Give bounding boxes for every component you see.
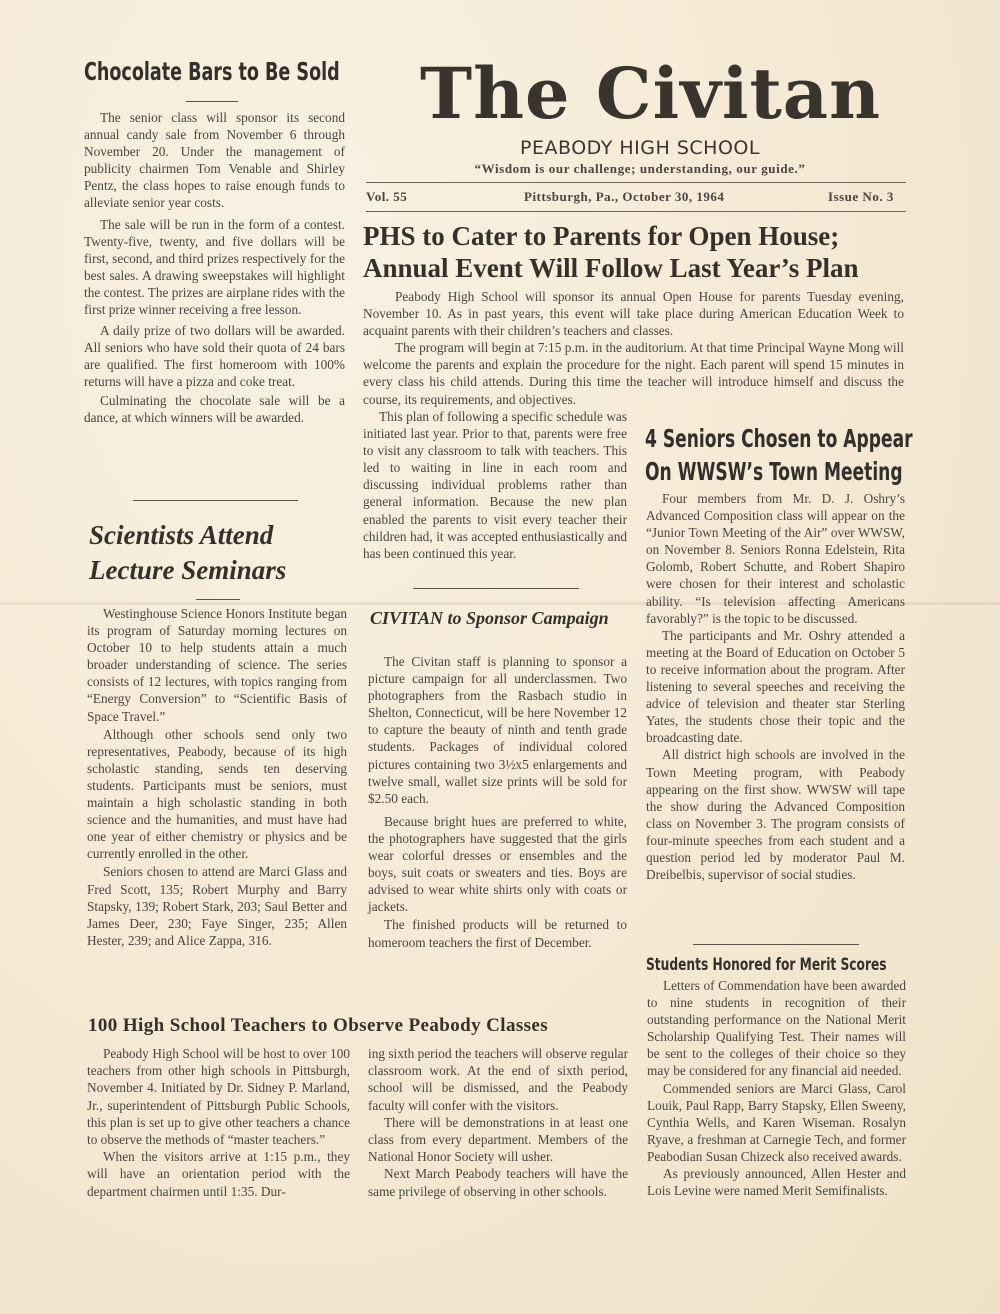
paragraph: A daily prize of two dollars will be awa… (84, 322, 345, 390)
paragraph: Peabody High School will be host to over… (87, 1045, 350, 1148)
paragraph: Westinghouse Science Honors Institute be… (87, 605, 347, 725)
headline-town-meeting: 4 Seniors Chosen to Appear On WWSW’s Tow… (645, 422, 913, 488)
article-civitan-campaign: The Civitan staff is planning to sponsor… (368, 653, 627, 951)
paragraph: Peabody High School will sponsor its ann… (363, 288, 904, 339)
paragraph: There will be demonstrations in at least… (368, 1114, 628, 1166)
paragraph: The Civitan staff is planning to sponsor… (368, 653, 627, 807)
divider (693, 944, 859, 945)
headline-civitan-campaign: CIVITAN to Sponsor Campaign (370, 608, 609, 629)
article-open-house-column: This plan of following a specific schedu… (363, 408, 627, 562)
article-teachers-col2: ing sixth period the teachers will obser… (368, 1045, 628, 1200)
headline-open-house: PHS to Cater to Parents for Open House; … (363, 220, 859, 284)
paragraph: Next March Peabody teachers will have th… (368, 1165, 628, 1199)
paragraph: The participants and Mr. Oshry attended … (646, 627, 905, 747)
paragraph: The finished products will be returned t… (368, 916, 627, 950)
article-merit: Letters of Commendation have been awarde… (647, 977, 906, 1199)
paragraph: Commended seniors are Marci Glass, Carol… (647, 1080, 906, 1165)
school-name: PEABODY HIGH SCHOOL (440, 137, 840, 159)
headline-chocolate: Chocolate Bars to Be Sold (84, 57, 340, 86)
paragraph: Letters of Commendation have been awarde… (647, 977, 906, 1080)
paragraph: The sale will be run in the form of a co… (84, 216, 345, 319)
paragraph: Seniors chosen to attend are Marci Glass… (87, 863, 347, 948)
paragraph: The senior class will sponsor its second… (84, 109, 345, 212)
article-teachers-col1: Peabody High School will be host to over… (87, 1045, 350, 1200)
divider (413, 588, 579, 589)
headline-merit: Students Honored for Merit Scores (646, 955, 887, 975)
paragraph: Culminating the chocolate sale will be a… (84, 392, 345, 426)
divider (196, 599, 240, 600)
issue-number: Issue No. 3 (828, 189, 894, 205)
article-scientists: Westinghouse Science Honors Institute be… (87, 605, 347, 949)
paragraph: ing sixth period the teachers will obser… (368, 1045, 628, 1114)
paragraph: The program will begin at 7:15 p.m. in t… (363, 339, 904, 407)
motto: “Wisdom is our challenge; understanding,… (410, 161, 870, 177)
dateline: Pittsburgh, Pa., October 30, 1964 (524, 189, 724, 205)
article-chocolate: The senior class will sponsor its second… (84, 109, 345, 426)
paragraph: This plan of following a specific schedu… (363, 408, 627, 562)
paragraph: Although other schools send only two rep… (87, 726, 347, 863)
nameplate: The Civitan (420, 52, 860, 135)
masthead-rule-bottom (366, 211, 906, 212)
headline-teachers: 100 High School Teachers to Observe Peab… (88, 1015, 548, 1037)
article-open-house-lead: Peabody High School will sponsor its ann… (363, 288, 904, 408)
paragraph: As previously announced, Allen Hester an… (647, 1165, 906, 1199)
masthead-rule-top (366, 182, 906, 183)
divider (186, 101, 238, 102)
divider (133, 500, 298, 501)
paragraph: All district high schools are involved i… (646, 746, 905, 883)
paragraph: Four members from Mr. D. J. Oshry’s Adva… (646, 490, 905, 627)
headline-scientists: Scientists Attend Lecture Seminars (89, 518, 286, 588)
paragraph: When the visitors arrive at 1:15 p.m., t… (87, 1148, 350, 1200)
volume: Vol. 55 (366, 189, 407, 205)
paragraph: Because bright hues are preferred to whi… (368, 813, 627, 916)
article-town-meeting: Four members from Mr. D. J. Oshry’s Adva… (646, 490, 905, 883)
